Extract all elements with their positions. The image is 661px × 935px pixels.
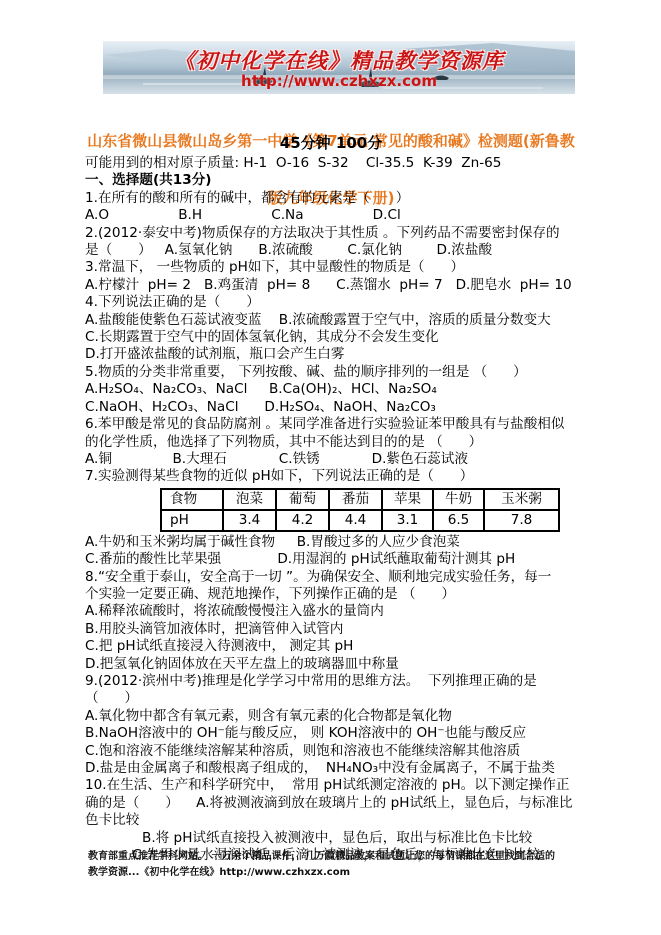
exam-body: 可能用到的相对原子质量: H-1 O-16 S-32 Cl-35.5 K-39 …	[85, 155, 585, 864]
q7-options-ab: A.牛奶和玉米粥均属于碱性食物 B.胃酸过多的人应少食泡菜	[85, 534, 585, 551]
q2-stem-line2-with-options: 是（ ） A.氢氧化钠 B.浓硫酸 C.氯化钠 D.浓盐酸	[85, 242, 585, 259]
q4-stem: 4.下列说法正确的是（ ）	[85, 294, 585, 311]
site-banner: 《初中化学在线》精品教学资源库 http://www.czhxzx.com	[103, 41, 575, 94]
q5-stem: 5.物质的分类非常重要， 下列按酸、碱、盐的顺序排列的一组是 （ ）	[85, 364, 585, 381]
q6-stem-line2: 的化学性质，他选择了下列物质，其中不能达到目的的是 （ ）	[85, 434, 585, 451]
q4-option-d: D.打开盛浓盐酸的试剂瓶，瓶口会产生白雾	[85, 346, 585, 363]
table-cell-ph-paocai: 3.4	[223, 510, 276, 531]
q8-option-d: D.把氢氧化钠固体放在天平左盘上的玻璃器皿中称量	[85, 656, 585, 673]
q9-stem-line1: 9.(2012·滨州中考)推理是化学学习中常用的思维方法。 下列推理正确的是	[85, 673, 585, 690]
q7-options-cd: C.番茄的酸性比苹果强 D.用湿润的 pH试纸蘸取葡萄汁测其 pH	[85, 551, 585, 568]
q8-option-c: C.把 pH试纸直接浸入待测液中， 测定其 pH	[85, 638, 585, 655]
q10-option-b: B.将 pH试纸直接投入被测液中，显色后，取出与标准比色卡比较	[85, 830, 585, 847]
q9-option-c: C.饱和溶液不能继续溶解某种溶质，则饱和溶液也不能继续溶解其他溶质	[85, 743, 585, 760]
atomic-masses-line: 可能用到的相对原子质量: H-1 O-16 S-32 Cl-35.5 K-39 …	[85, 155, 585, 172]
q6-stem-line1: 6.苯甲酸是常见的食品防腐剂 。某同学准备进行实验验证苯甲酸具有与盐酸相似	[85, 416, 585, 433]
q1-options: A.O B.H C.Na D.Cl	[85, 207, 585, 224]
site-url: http://www.czhxzx.com	[103, 72, 575, 90]
q6-options: A.铜 B.大理石 C.铁锈 D.紫色石蕊试液	[85, 451, 585, 468]
q10-stem-line1: 10.在生活、生产和科学研究中， 常用 pH试纸测定溶液的 pH。以下测定操作正	[85, 777, 585, 794]
table-cell-ph-label: pH	[161, 510, 223, 531]
footer-line2: 教学资源...《初中化学在线》http://www.czhxzx.com	[88, 865, 580, 881]
q1-stem: 1.在所有的酸和所有的碱中，都含有的元素是（ ）	[85, 190, 585, 207]
food-ph-table-header-row: 食物 泡菜 葡萄 番茄 苹果 牛奶 玉米粥	[161, 489, 559, 510]
q8-stem-line2: 个实验一定要正确、规范地操作，下列操作正确的是 （ ）	[85, 586, 585, 603]
table-cell-ph-putao: 4.2	[276, 510, 329, 531]
q7-stem: 7.实验测得某些食物的近似 pH如下，下列说法正确的是（ ）	[85, 468, 585, 485]
table-cell-paocai: 泡菜	[223, 489, 276, 510]
q5-options-ab: A.H₂SO₄、Na₂CO₃、NaCl B.Ca(OH)₂、HCl、Na₂SO₄	[85, 381, 585, 398]
table-cell-putao: 葡萄	[276, 489, 329, 510]
q8-option-a: A.稀释浓硫酸时，将浓硫酸慢慢注入盛水的量筒内	[85, 603, 585, 620]
q3-stem: 3.常温下， 一些物质的 pH如下，其中显酸性的物质是（ ）	[85, 259, 585, 276]
q8-option-b: B.用胶头滴管加液体时，把滴管伸入试管内	[85, 621, 585, 638]
q5-options-cd: C.NaOH、H₂CO₃、NaCl D.H₂SO₄、NaOH、Na₂CO₃	[85, 399, 585, 416]
q8-stem-line1: 8.“安全重于泰山，安全高于一切 ”。为确保安全、顺利地完成实验任务，每一	[85, 569, 585, 586]
q10-stem-line3: 色卡比较	[85, 812, 585, 829]
table-cell-yumizhou: 玉米粥	[484, 489, 559, 510]
section-heading: 一、选择题(共13分)	[85, 172, 585, 189]
table-cell-pingguo: 苹果	[382, 489, 433, 510]
duration-and-score: 45分钟 100分	[85, 134, 577, 153]
table-cell-ph-fanqie: 4.4	[329, 510, 382, 531]
exam-document-page: 《初中化学在线》精品教学资源库 http://www.czhxzx.com 山东…	[0, 0, 661, 935]
q9-option-a: A.氧化物中都含有氧元素，则含有氧元素的化合物都是氧化物	[85, 708, 585, 725]
table-cell-food-label: 食物	[161, 489, 223, 510]
q3-options: A.柠檬汁 pH= 2 B.鸡蛋清 pH= 8 C.蒸馏水 pH= 7 D.肥皂…	[85, 277, 585, 294]
site-footer: 教育部重点推荐学科网站。 一万余个精品课件， 几万篇精品教案和试题让您的每节课都…	[88, 849, 580, 881]
footer-line1: 教育部重点推荐学科网站。 一万余个精品课件， 几万篇精品教案和试题让您的每节课都…	[88, 849, 580, 865]
q9-stem-line2: （ ）	[85, 690, 585, 707]
table-cell-ph-yumizhou: 7.8	[484, 510, 559, 531]
q9-option-b: B.NaOH溶液中的 OH⁻能与酸反应， 则 KOH溶液中的 OH⁻也能与酸反应	[85, 725, 585, 742]
food-ph-table-value-row: pH 3.4 4.2 4.4 3.1 6.5 7.8	[161, 510, 559, 531]
q10-stem-line2-with-option-a: 确的是（ ） A.将被测液滴到放在玻璃片上的 pH试纸上，显色后，与标准比	[85, 795, 585, 812]
table-cell-ph-pingguo: 3.1	[382, 510, 433, 531]
food-ph-table: 食物 泡菜 葡萄 番茄 苹果 牛奶 玉米粥 pH 3.4 4.2 4.4 3.1…	[160, 488, 560, 532]
site-name: 《初中化学在线》精品教学资源库	[103, 45, 575, 75]
q2-stem-line1: 2.(2012·泰安中考)物质保存的方法取决于其性质 。下列药品不需要密封保存的	[85, 225, 585, 242]
table-cell-fanqie: 番茄	[329, 489, 382, 510]
table-cell-ph-niunai: 6.5	[433, 510, 484, 531]
table-cell-niunai: 牛奶	[433, 489, 484, 510]
q9-option-d: D.盐是由金属离子和酸根离子组成的， NH₄NO₃中没有金属离子，不属于盐类	[85, 760, 585, 777]
q4-option-c: C.长期露置于空气中的固体氢氧化钠，其成分不会发生变化	[85, 329, 585, 346]
q4-options-ab: A.盐酸能使紫色石蕊试液变蓝 B.浓硫酸露置于空气中，溶质的质量分数变大	[85, 312, 585, 329]
